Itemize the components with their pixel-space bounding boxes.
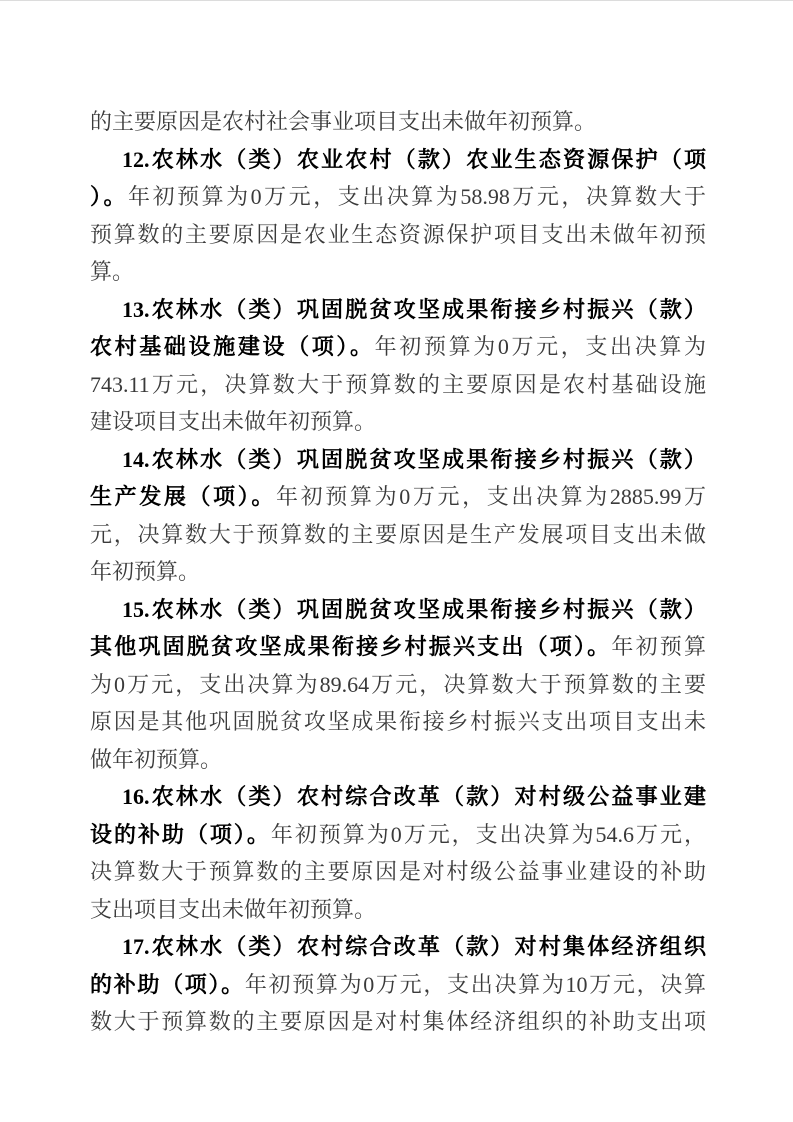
body-text: 建设项目支出未做年初预算。 — [90, 409, 376, 434]
text-line: 建设项目支出未做年初预算。 — [90, 403, 706, 441]
body-text: 算。 — [90, 259, 134, 284]
body-text: 原因是其他巩固脱贫攻坚成果衔接乡村振兴支出项目支出未 — [90, 709, 706, 734]
body-text: 年初预算为0万元，支出决算为54.6万元， — [271, 822, 706, 847]
item-heading-text: 13.农林水（类）巩固脱贫攻坚成果衔接乡村振兴（款） — [122, 297, 706, 322]
text-line: 为0万元，支出决算为89.64万元，决算数大于预算数的主要 — [90, 666, 706, 704]
body-text: 年初预算为0万元，支出决算为58.98万元，决算数大于 — [128, 184, 706, 209]
text-line: 元，决算数大于预算数的主要原因是生产发展项目支出未做 — [90, 516, 706, 554]
item-heading-text: 生产发展（项）。 — [90, 484, 276, 509]
text-line: 决算数大于预算数的主要原因是对村级公益事业建设的补助 — [90, 853, 706, 891]
text-line: 算。 — [90, 253, 706, 291]
text-line: 743.11万元，决算数大于预算数的主要原因是农村基础设施 — [90, 366, 706, 404]
body-text: 的主要原因是农村社会事业项目支出未做年初预算。 — [90, 109, 596, 134]
body-text: 元，决算数大于预算数的主要原因是生产发展项目支出未做 — [90, 522, 706, 547]
text-line: 16.农林水（类）农村综合改革（款）对村级公益事业建 — [90, 778, 706, 816]
text-line: 年初预算。 — [90, 553, 706, 591]
text-line: 做年初预算。 — [90, 741, 706, 779]
item-heading-text: 设的补助（项）。 — [90, 822, 271, 847]
text-line: 预算数的主要原因是农业生态资源保护项目支出未做年初预 — [90, 216, 706, 254]
item-heading-text: 17.农林水（类）农村综合改革（款）对村集体经济组织 — [122, 934, 706, 959]
text-line: 农村基础设施建设（项）。年初预算为0万元，支出决算为 — [90, 328, 706, 366]
text-line: 13.农林水（类）巩固脱贫攻坚成果衔接乡村振兴（款） — [90, 291, 706, 329]
item-heading-text: 12.农林水（类）农业农村（款）农业生态资源保护（项 — [122, 147, 706, 172]
item-heading-text: 其他巩固脱贫攻坚成果衔接乡村振兴支出（项）。 — [90, 634, 611, 659]
item-heading-text: 16.农林水（类）农村综合改革（款）对村级公益事业建 — [122, 784, 706, 809]
text-line: 设的补助（项）。年初预算为0万元，支出决算为54.6万元， — [90, 816, 706, 854]
text-line: 12.农林水（类）农业农村（款）农业生态资源保护（项 — [90, 141, 706, 179]
text-line: 数大于预算数的主要原因是对村集体经济组织的补助支出项 — [90, 1003, 706, 1041]
item-heading-text: 15.农林水（类）巩固脱贫攻坚成果衔接乡村振兴（款） — [122, 597, 706, 622]
text-line: 的补助（项）。年初预算为0万元，支出决算为10万元，决算 — [90, 966, 706, 1004]
body-text: 年初预算。 — [90, 559, 200, 584]
text-line: 其他巩固脱贫攻坚成果衔接乡村振兴支出（项）。年初预算 — [90, 628, 706, 666]
text-line: 支出项目支出未做年初预算。 — [90, 891, 706, 929]
item-heading-text: 农村基础设施建设（项）。 — [90, 334, 375, 359]
text-line: 17.农林水（类）农村综合改革（款）对村集体经济组织 — [90, 928, 706, 966]
item-heading-text: ）。 — [90, 184, 128, 209]
body-text: 数大于预算数的主要原因是对村集体经济组织的补助支出项 — [90, 1009, 706, 1034]
body-text: 年初预算为0万元，支出决算为2885.99万 — [276, 484, 706, 509]
body-text: 预算数的主要原因是农业生态资源保护项目支出未做年初预 — [90, 222, 706, 247]
body-text: 支出项目支出未做年初预算。 — [90, 897, 376, 922]
item-heading-text: 14.农林水（类）巩固脱贫攻坚成果衔接乡村振兴（款） — [122, 447, 706, 472]
text-line: 生产发展（项）。年初预算为0万元，支出决算为2885.99万 — [90, 478, 706, 516]
body-text: 743.11万元，决算数大于预算数的主要原因是农村基础设施 — [90, 372, 706, 397]
text-line: 的主要原因是农村社会事业项目支出未做年初预算。 — [90, 103, 706, 141]
body-text: 做年初预算。 — [90, 747, 222, 772]
document-body: 的主要原因是农村社会事业项目支出未做年初预算。12.农林水（类）农业农村（款）农… — [90, 103, 706, 1041]
item-heading-text: 的补助（项）。 — [90, 972, 245, 997]
text-line: ）。年初预算为0万元，支出决算为58.98万元，决算数大于 — [90, 178, 706, 216]
body-text: 年初预算为0万元，支出决算为 — [375, 334, 706, 359]
body-text: 为0万元，支出决算为89.64万元，决算数大于预算数的主要 — [90, 672, 706, 697]
text-line: 15.农林水（类）巩固脱贫攻坚成果衔接乡村振兴（款） — [90, 591, 706, 629]
body-text: 年初预算为0万元，支出决算为10万元，决算 — [245, 972, 706, 997]
document-page: 的主要原因是农村社会事业项目支出未做年初预算。12.农林水（类）农业农村（款）农… — [0, 0, 793, 1122]
text-line: 14.农林水（类）巩固脱贫攻坚成果衔接乡村振兴（款） — [90, 441, 706, 479]
text-line: 原因是其他巩固脱贫攻坚成果衔接乡村振兴支出项目支出未 — [90, 703, 706, 741]
body-text: 年初预算 — [611, 634, 706, 659]
body-text: 决算数大于预算数的主要原因是对村级公益事业建设的补助 — [90, 859, 706, 884]
